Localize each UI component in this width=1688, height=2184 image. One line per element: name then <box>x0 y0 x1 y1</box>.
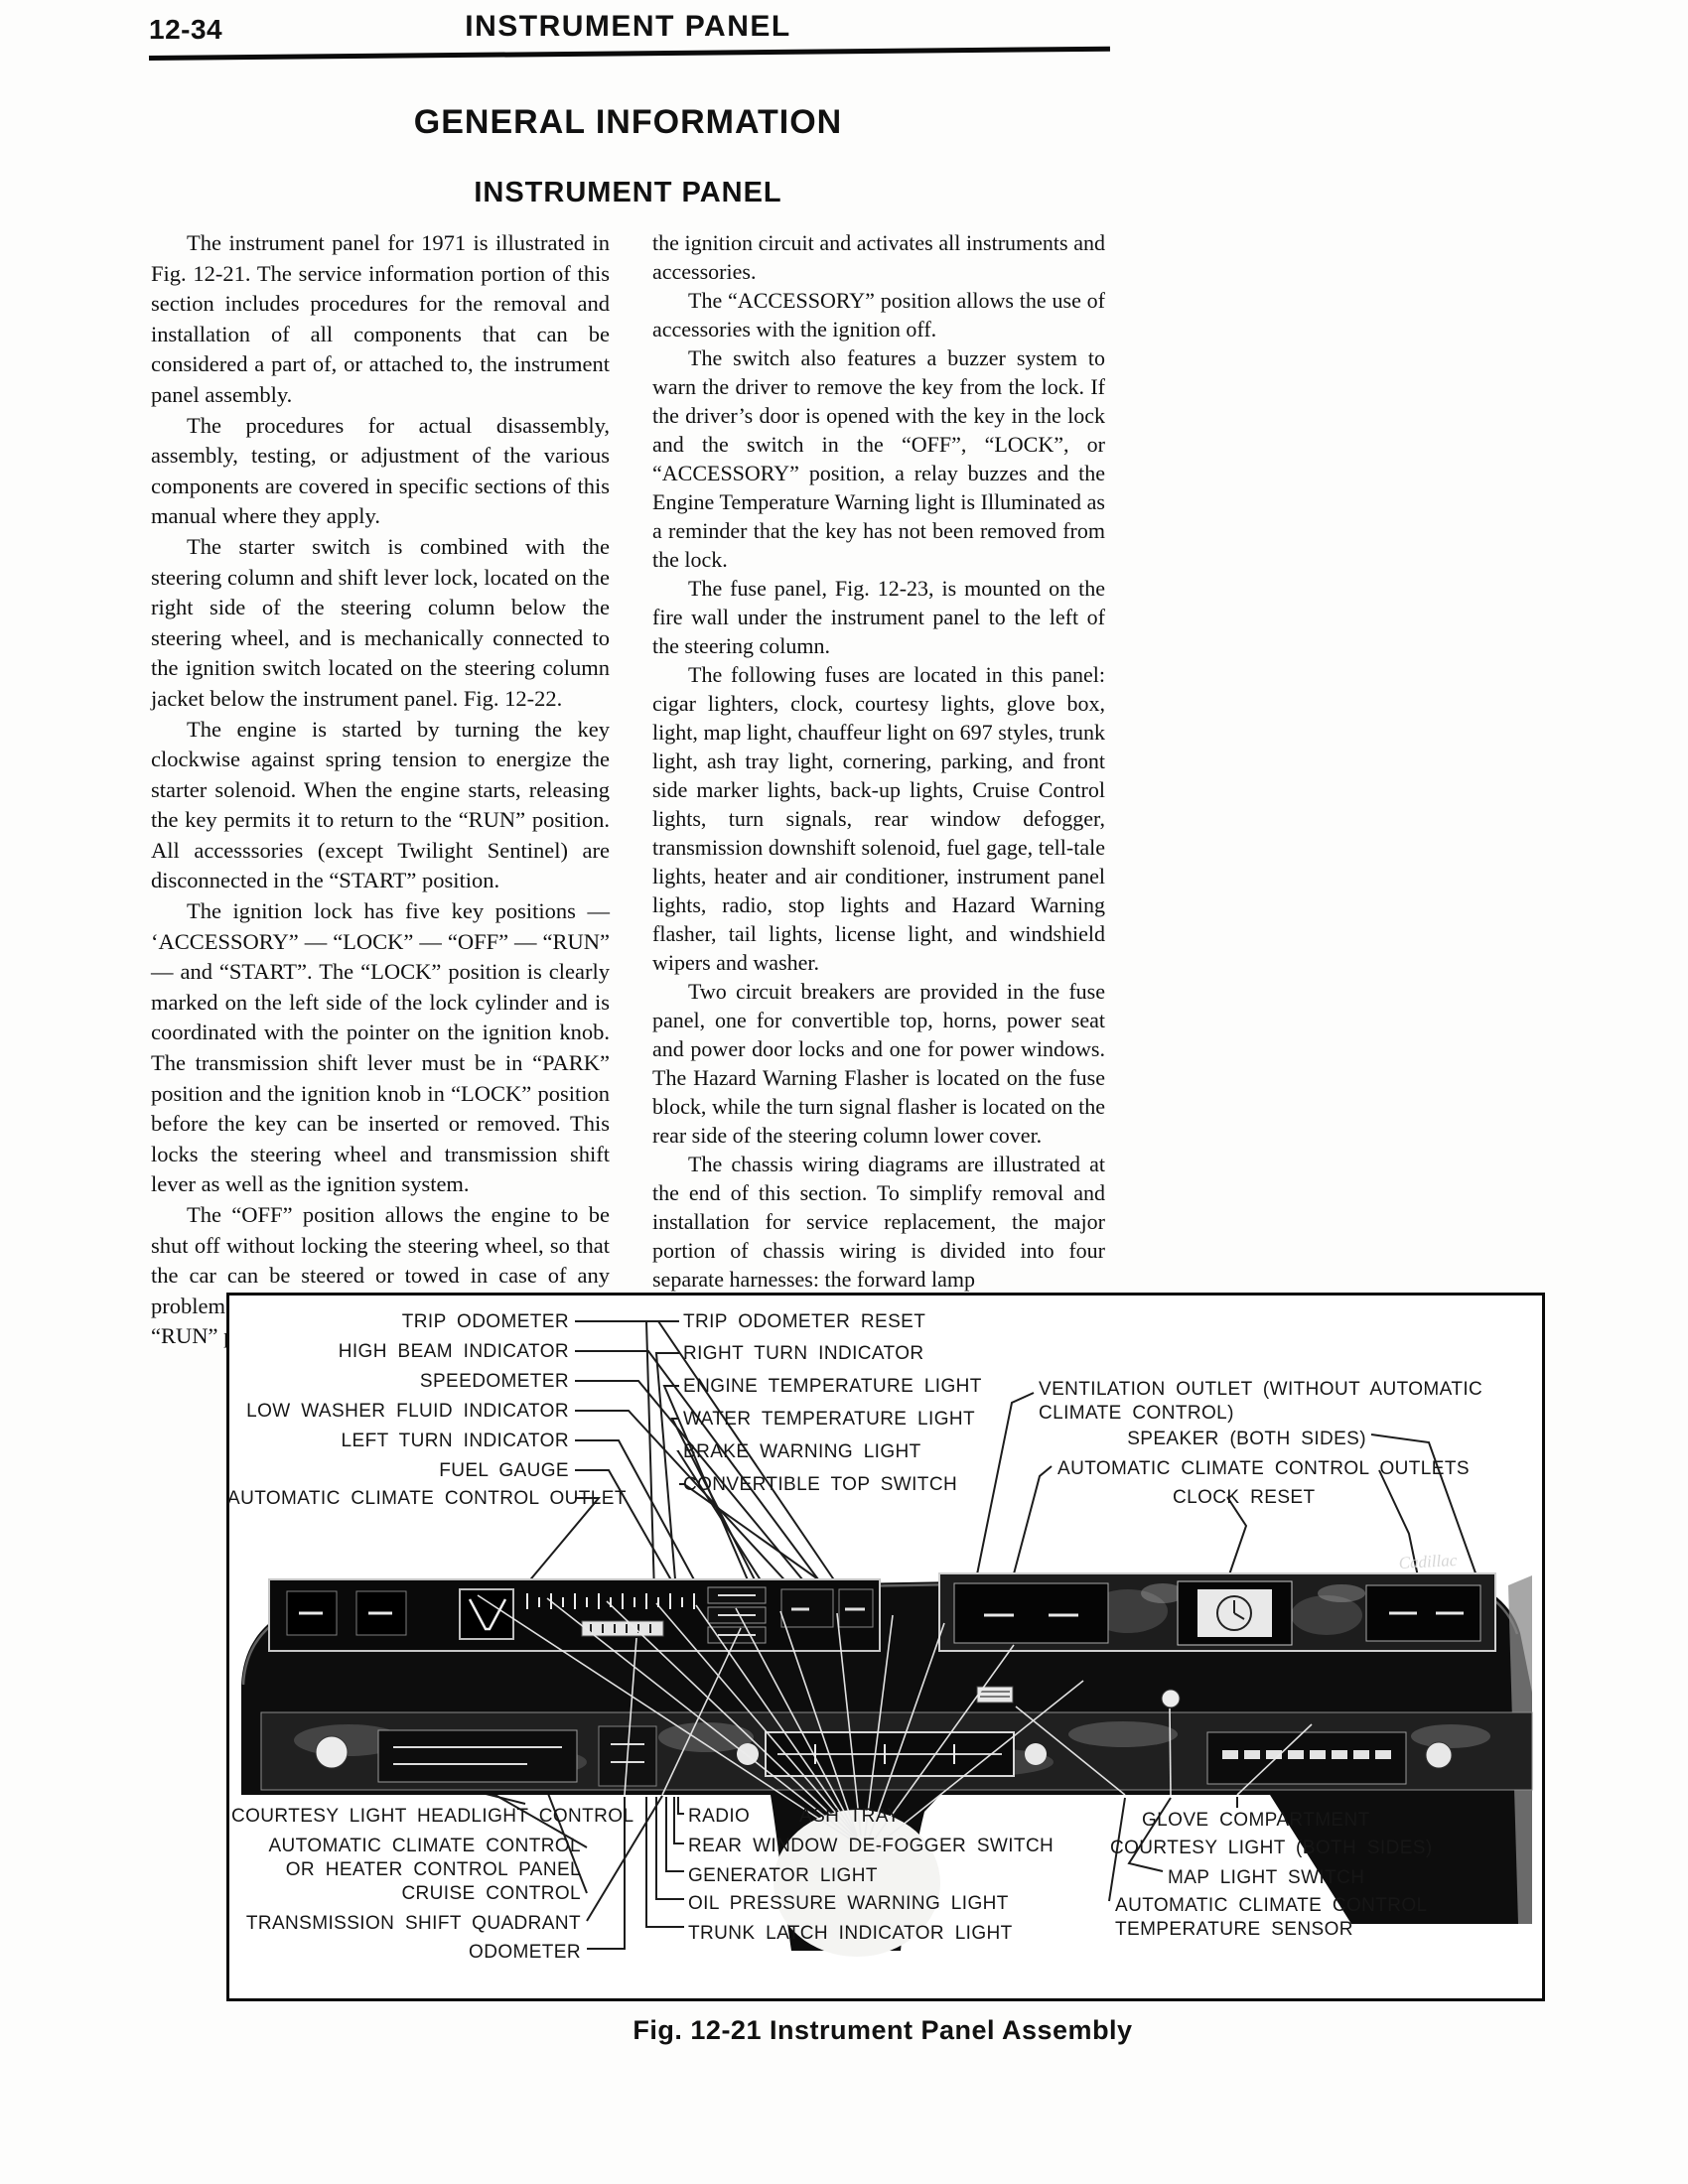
header-rule <box>149 47 1110 61</box>
label-glove: GLOVE COMPARTMENT <box>1142 1810 1370 1832</box>
label-ventilation-outlet: VENTILATION OUTLET (WITHOUT AUTOMATIC <box>1039 1379 1482 1401</box>
climate-control-head <box>378 1730 577 1782</box>
passenger-trim-strip <box>939 1573 1495 1651</box>
paragraph: The ignition lock has five key positions… <box>151 896 610 1200</box>
label-low-washer: LOW WASHER FLUID INDICATOR <box>231 1401 569 1423</box>
label-ash-tray: ASH TRAY <box>799 1806 900 1828</box>
label-oil-pressure: OIL PRESSURE WARNING LIGHT <box>688 1893 1009 1915</box>
label-ventilation-outlet-2: CLIMATE CONTROL) <box>1039 1403 1234 1425</box>
label-odometer: ODOMETER <box>231 1942 581 1964</box>
label-speedometer: SPEEDOMETER <box>231 1371 569 1393</box>
label-brake-warning: BRAKE WARNING LIGHT <box>683 1441 921 1463</box>
label-generator: GENERATOR LIGHT <box>688 1865 878 1887</box>
text-column-right: the ignition circuit and activates all i… <box>652 228 1105 1294</box>
label-right-turn: RIGHT TURN INDICATOR <box>683 1343 924 1365</box>
label-shift-quadrant: TRANSMISSION SHIFT QUADRANT <box>231 1913 581 1935</box>
text-column-left: The instrument panel for 1971 is illustr… <box>151 228 610 1352</box>
label-speaker: SPEAKER (BOTH SIDES) <box>1029 1429 1366 1450</box>
label-radio: RADIO <box>688 1806 750 1828</box>
label-courtesy-both: COURTESY LIGHT (BOTH SIDES) <box>1110 1838 1433 1859</box>
label-acc-control: AUTOMATIC CLIMATE CONTROL <box>231 1836 581 1857</box>
instrument-cluster <box>269 1579 880 1651</box>
headlight-knob <box>316 1736 348 1768</box>
label-trunk-latch: TRUNK LATCH INDICATOR LIGHT <box>688 1923 1013 1945</box>
figure-12-21: Cadillac <box>226 1293 1545 2001</box>
label-courtesy-headlight: COURTESY LIGHT HEADLIGHT CONTROL <box>231 1806 581 1828</box>
paragraph: The procedures for actual disassembly, a… <box>151 411 610 532</box>
label-high-beam: HIGH BEAM INDICATOR <box>231 1341 569 1363</box>
label-fuel-gauge: FUEL GAUGE <box>231 1460 569 1482</box>
radio-knob <box>1025 1743 1047 1765</box>
manual-page: 12-34 INSTRUMENT PANEL GENERAL INFORMATI… <box>0 0 1688 2184</box>
panel-knob <box>1426 1742 1452 1768</box>
label-acc-control-2: OR HEATER CONTROL PANEL <box>231 1859 581 1881</box>
label-acc-outlets: AUTOMATIC CLIMATE CONTROL OUTLETS <box>1057 1458 1470 1480</box>
label-temp-sensor-2: TEMPERATURE SENSOR <box>1115 1919 1353 1941</box>
paragraph: The instrument panel for 1971 is illustr… <box>151 228 610 411</box>
paragraph: the ignition circuit and activates all i… <box>652 228 1105 286</box>
label-trip-odometer: TRIP ODOMETER <box>231 1311 569 1333</box>
label-map-light: MAP LIGHT SWITCH <box>1168 1867 1364 1889</box>
label-convertible-top: CONVERTIBLE TOP SWITCH <box>683 1474 957 1496</box>
label-temp-sensor: AUTOMATIC CLIMATE CONTROL <box>1115 1895 1428 1917</box>
label-clock-reset: CLOCK RESET <box>1173 1487 1316 1509</box>
running-head: INSTRUMENT PANEL <box>149 10 1107 44</box>
label-defogger: REAR WINDOW DE-FOGGER SWITCH <box>688 1836 1054 1857</box>
map-light-knob <box>1162 1690 1180 1707</box>
paragraph: The switch also features a buzzer system… <box>652 343 1105 574</box>
label-left-turn: LEFT TURN INDICATOR <box>231 1431 569 1452</box>
woodgrain-band <box>261 1712 1532 1790</box>
paragraph: The chassis wiring diagrams are illustra… <box>652 1150 1105 1294</box>
brand-emblem: Cadillac <box>1398 1551 1458 1572</box>
ac-outlet-left <box>954 1583 1108 1643</box>
label-trip-odometer-reset: TRIP ODOMETER RESET <box>683 1311 925 1333</box>
paragraph: The fuse panel, Fig. 12-23, is mounted o… <box>652 574 1105 660</box>
figure-caption: Fig. 12-21 Instrument Panel Assembly <box>226 2015 1539 2046</box>
label-cruise: CRUISE CONTROL <box>231 1883 581 1905</box>
label-water-temp: WATER TEMPERATURE LIGHT <box>683 1409 975 1431</box>
subsection-heading: INSTRUMENT PANEL <box>149 177 1107 209</box>
paragraph: The engine is started by turning the key… <box>151 715 610 897</box>
label-engine-temp: ENGINE TEMPERATURE LIGHT <box>683 1376 982 1398</box>
paragraph: The “ACCESSORY” position allows the use … <box>652 286 1105 343</box>
paragraph: The following fuses are located in this … <box>652 660 1105 977</box>
paragraph: The starter switch is combined with the … <box>151 532 610 715</box>
label-acc-outlet: AUTOMATIC CLIMATE CONTROL OUTLET <box>227 1488 569 1510</box>
paragraph: Two circuit breakers are provided in the… <box>652 977 1105 1150</box>
section-heading: GENERAL INFORMATION <box>149 103 1107 142</box>
